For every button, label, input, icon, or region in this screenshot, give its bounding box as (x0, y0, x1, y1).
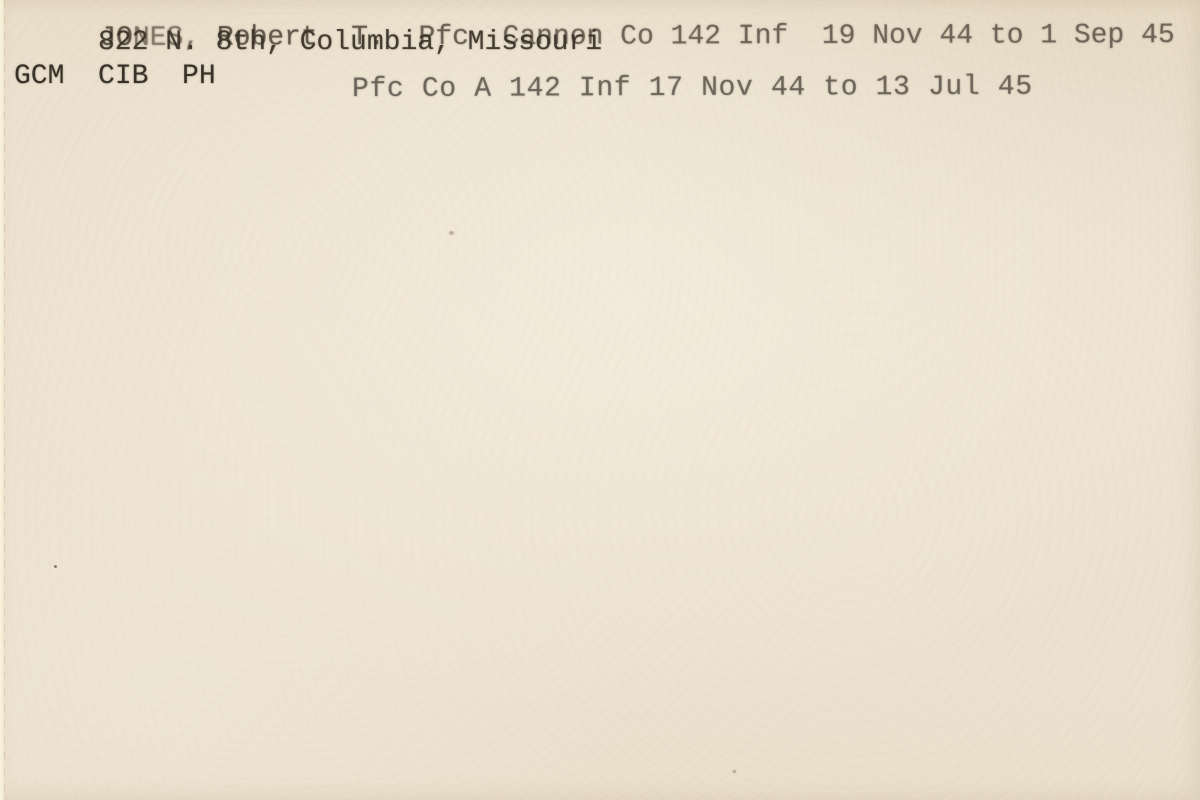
paper-speck (449, 231, 454, 235)
paper-speck (733, 770, 736, 773)
address-line: 822 N. 8th, Columbia, Missouri (98, 29, 602, 57)
paper-left-edge (0, 0, 5, 800)
awards-line: GCM CIB PH (14, 63, 216, 91)
service-dates-segment: 19 Nov 44 to 1 Sep 45 (788, 20, 1175, 52)
paper-speck (54, 565, 57, 568)
index-card: JONES, Robert T. Pfc Cannon Co 142 Inf 1… (0, 0, 1200, 800)
service-line-2: Pfc Co A 142 Inf 17 Nov 44 to 13 Jul 45 (352, 74, 1033, 104)
paper-grain-texture (0, 0, 1200, 800)
